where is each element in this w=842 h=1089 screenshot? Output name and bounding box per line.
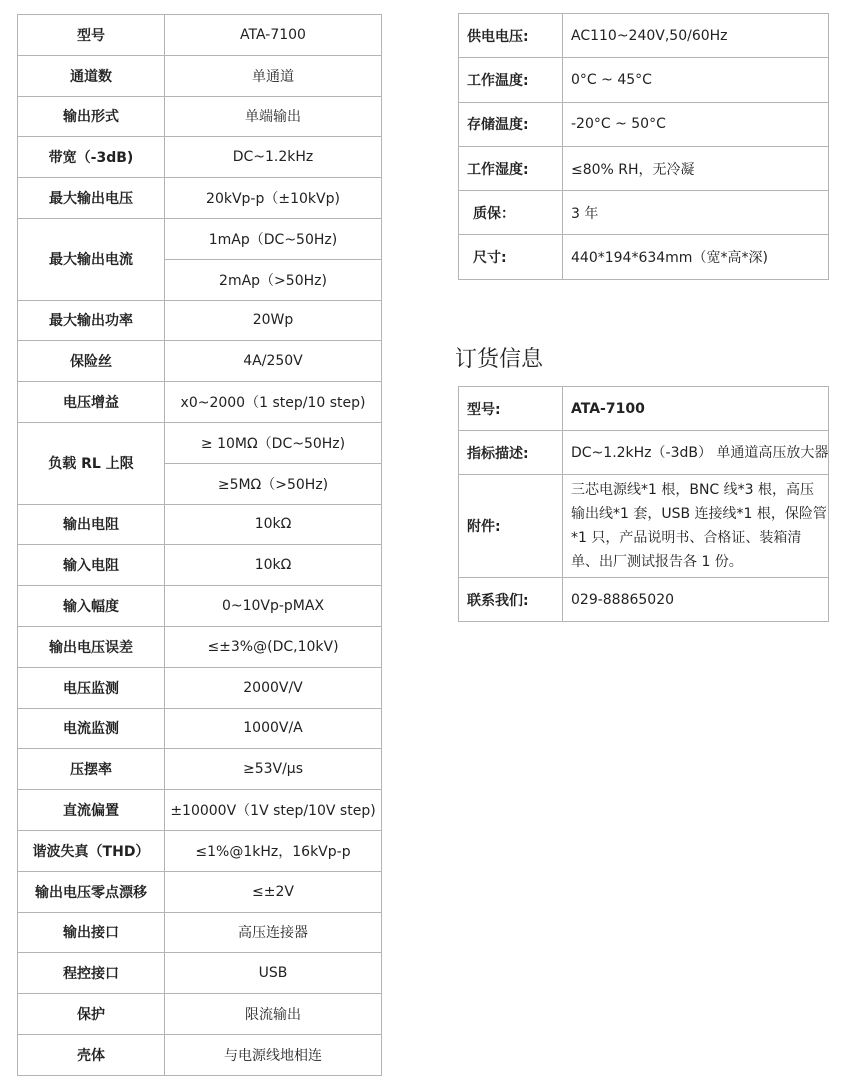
table-row: 工作湿度:≤80% RH，无冷凝 [459,146,829,190]
row-value: 三芯电源线*1 根，BNC 线*3 根，高压输出线*1 套，USB 连接线*1 … [563,475,829,578]
row-value: 0°C ~ 45°C [563,58,829,102]
spec-value: 1mAp（DC~50Hz) [165,218,382,259]
row-label: 质保： [459,191,563,235]
spec-value: 4A/250V [165,341,382,382]
spec-label: 最大输出电流 [18,218,165,300]
spec-label: 电压增益 [18,382,165,423]
spec-value: 与电源线地相连 [165,1034,382,1075]
spec-label: 带宽（-3dB) [18,137,165,178]
spec-value: 10kΩ [165,545,382,586]
spec-label: 压摆率 [18,749,165,790]
row-value: ≤80% RH，无冷凝 [563,146,829,190]
table-row: 通道数单通道 [18,55,382,96]
table-row: 供电电压:AC110~240V,50/60Hz [459,14,829,58]
table-row: 输出电压误差≤±3%@(DC,10kV) [18,626,382,667]
row-value: DC~1.2kHz（-3dB） 单通道高压放大器 [563,431,829,475]
table-row: 工作温度:0°C ~ 45°C [459,58,829,102]
row-label: 尺寸: [459,235,563,279]
table-row: 质保：3 年 [459,191,829,235]
spec-value: 单通道 [165,55,382,96]
spec-value: 20Wp [165,300,382,341]
spec-label: 输出形式 [18,96,165,137]
row-value: ATA-7100 [563,387,829,431]
row-label: 存储温度: [459,102,563,146]
row-value: AC110~240V,50/60Hz [563,14,829,58]
spec-label: 通道数 [18,55,165,96]
spec-value: USB [165,953,382,994]
table-row: 谐波失真（THD）≤1%@1kHz，16kVp-p [18,830,382,871]
spec-value: 20kVp-p（±10kVp) [165,178,382,219]
table-row: 输入电阻10kΩ [18,545,382,586]
table-row: 直流偏置±10000V（1V step/10V step) [18,790,382,831]
spec-label: 负载 RL 上限 [18,422,165,504]
spec-label: 输出电压误差 [18,626,165,667]
table-row: 型号:ATA-7100 [459,387,829,431]
spec-label: 输出电阻 [18,504,165,545]
table-row: 最大输出功率20Wp [18,300,382,341]
spec-value: DC~1.2kHz [165,137,382,178]
row-label: 工作湿度: [459,146,563,190]
spec-label: 谐波失真（THD） [18,830,165,871]
spec-value: 高压连接器 [165,912,382,953]
table-row: 型号ATA-7100 [18,15,382,56]
spec-value: ≥5MΩ（>50Hz) [165,463,382,504]
row-label: 工作温度: [459,58,563,102]
spec-value: ≤±2V [165,871,382,912]
spec-value: ≤±3%@(DC,10kV) [165,626,382,667]
spec-value: ≤1%@1kHz，16kVp-p [165,830,382,871]
spec-value: 10kΩ [165,504,382,545]
spec-label: 型号 [18,15,165,56]
row-label: 附件: [459,475,563,578]
table-row: 保险丝4A/250V [18,341,382,382]
table-row: 壳体与电源线地相连 [18,1034,382,1075]
spec-value: 1000V/A [165,708,382,749]
table-row: 输出形式单端输出 [18,96,382,137]
spec-label: 程控接口 [18,953,165,994]
table-row: 最大输出电流1mAp（DC~50Hz) [18,218,382,259]
table-row: 负载 RL 上限≥ 10MΩ（DC~50Hz) [18,422,382,463]
table-row: 电压增益x0~2000（1 step/10 step) [18,382,382,423]
row-label: 指标描述: [459,431,563,475]
spec-label: 保护 [18,994,165,1035]
order-table: 型号:ATA-7100 指标描述:DC~1.2kHz（-3dB） 单通道高压放大… [458,386,829,622]
row-label: 型号: [459,387,563,431]
table-row: 存储温度:-20°C ~ 50°C [459,102,829,146]
table-row: 输出接口高压连接器 [18,912,382,953]
order-info-heading: 订货信息 [455,342,543,373]
table-row: 联系我们:029-88865020 [459,578,829,622]
table-row: 压摆率≥53V/μs [18,749,382,790]
environment-table: 供电电压:AC110~240V,50/60Hz 工作温度:0°C ~ 45°C … [458,13,829,280]
spec-label: 最大输出功率 [18,300,165,341]
table-row: 附件:三芯电源线*1 根，BNC 线*3 根，高压输出线*1 套，USB 连接线… [459,475,829,578]
spec-label: 输出接口 [18,912,165,953]
spec-value: x0~2000（1 step/10 step) [165,382,382,423]
table-row: 电压监测2000V/V [18,667,382,708]
spec-value: 单端输出 [165,96,382,137]
spec-value: ≥ 10MΩ（DC~50Hz) [165,422,382,463]
table-row: 带宽（-3dB)DC~1.2kHz [18,137,382,178]
spec-label: 电流监测 [18,708,165,749]
table-row: 输入幅度0~10Vp-pMAX [18,586,382,627]
row-value: 029-88865020 [563,578,829,622]
spec-label: 输出电压零点漂移 [18,871,165,912]
row-value: -20°C ~ 50°C [563,102,829,146]
spec-label: 最大输出电压 [18,178,165,219]
spec-value: ≥53V/μs [165,749,382,790]
table-row: 尺寸:440*194*634mm（宽*高*深) [459,235,829,279]
table-row: 保护限流输出 [18,994,382,1035]
spec-value: ATA-7100 [165,15,382,56]
table-row: 电流监测1000V/A [18,708,382,749]
spec-label: 壳体 [18,1034,165,1075]
table-row: 输出电压零点漂移≤±2V [18,871,382,912]
row-value: 3 年 [563,191,829,235]
spec-value: 2000V/V [165,667,382,708]
table-row: 最大输出电压20kVp-p（±10kVp) [18,178,382,219]
row-label: 供电电压: [459,14,563,58]
table-row: 指标描述:DC~1.2kHz（-3dB） 单通道高压放大器 [459,431,829,475]
spec-label: 直流偏置 [18,790,165,831]
spec-table: 型号ATA-7100通道数单通道输出形式单端输出带宽（-3dB)DC~1.2kH… [17,14,382,1076]
spec-value: 限流输出 [165,994,382,1035]
table-row: 程控接口USB [18,953,382,994]
spec-label: 电压监测 [18,667,165,708]
spec-label: 保险丝 [18,341,165,382]
row-label: 联系我们: [459,578,563,622]
spec-value: 2mAp（>50Hz) [165,259,382,300]
row-value: 440*194*634mm（宽*高*深) [563,235,829,279]
spec-label: 输入电阻 [18,545,165,586]
spec-value: 0~10Vp-pMAX [165,586,382,627]
table-row: 输出电阻10kΩ [18,504,382,545]
spec-value: ±10000V（1V step/10V step) [165,790,382,831]
spec-label: 输入幅度 [18,586,165,627]
